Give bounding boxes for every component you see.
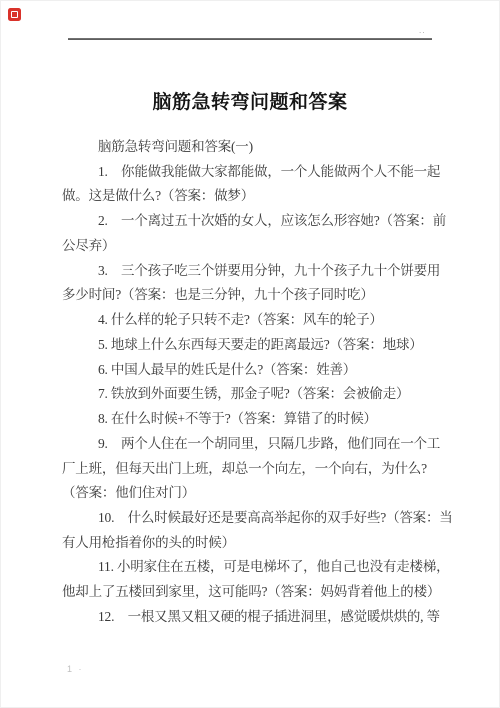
paragraph: 12. 一根又黑又粗又硬的棍子插进洞里，感觉暖烘烘的, 等 [62, 605, 444, 630]
paragraph: 6. 中国人最早的姓氏是什么?（答案：姓善） [62, 358, 444, 383]
paragraph: 2. 一个离过五十次婚的女人，应该怎么形容她?（答案：前公尽弃） [62, 209, 444, 258]
text-line: 7. 铁放到外面要生锈，那金子呢?（答案：会被偷走） [62, 382, 444, 407]
text-line: （答案：他们住对门） [62, 481, 444, 506]
text-line: 6. 中国人最早的姓氏是什么?（答案：姓善） [62, 358, 444, 383]
text-line: 3. 三个孩子吃三个饼要用分钟，九十个孩子九十个饼要用 [62, 259, 444, 284]
header-rule [68, 38, 432, 40]
text-line: 4. 什么样的轮子只转不走?（答案：风车的轮子） [62, 308, 444, 333]
text-line: 10. 什么时候最好还是要高高举起你的双手好些?（答案：当 [62, 506, 444, 531]
paragraph: 脑筋急转弯问题和答案(一) [62, 135, 444, 160]
page-number-mark: 1 · [67, 664, 84, 674]
text-line: 脑筋急转弯问题和答案(一) [62, 135, 444, 160]
page-title: 脑筋急转弯问题和答案 [0, 87, 500, 114]
text-line: 12. 一根又黑又粗又硬的棍子插进洞里，感觉暖烘烘的, 等 [62, 605, 444, 630]
document-page: { "page": { "corner_mark": "..", "foot_m… [0, 0, 500, 708]
text-line: 他却上了五楼回到家里，这可能吗?（答案：妈妈背着他上的楼） [62, 580, 444, 605]
corner-mark: .. [419, 26, 425, 35]
text-line: 做。这是做什么?（答案：做梦） [62, 184, 444, 209]
paragraph: 1. 你能做我能做大家都能做，一个人能做两个人不能一起做。这是做什么?（答案：做… [62, 160, 444, 209]
paragraph: 7. 铁放到外面要生锈，那金子呢?（答案：会被偷走） [62, 382, 444, 407]
text-line: 公尽弃） [62, 234, 444, 259]
text-line: 2. 一个离过五十次婚的女人，应该怎么形容她?（答案：前 [62, 209, 444, 234]
text-line: 厂上班，但每天出门上班，却总一个向左，一个向右，为什么? [62, 457, 444, 482]
text-line: 1. 你能做我能做大家都能做，一个人能做两个人不能一起 [62, 160, 444, 185]
paragraph: 10. 什么时候最好还是要高高举起你的双手好些?（答案：当有人用枪指着你的头的时… [62, 506, 444, 555]
text-line: 有人用枪指着你的头的时候） [62, 531, 444, 556]
paragraph: 4. 什么样的轮子只转不走?（答案：风车的轮子） [62, 308, 444, 333]
paragraph: 11. 小明家住在五楼，可是电梯坏了，他自己也没有走楼梯，他却上了五楼回到家里，… [62, 555, 444, 604]
document-body: 脑筋急转弯问题和答案(一)1. 你能做我能做大家都能做，一个人能做两个人不能一起… [62, 135, 444, 630]
red-badge-icon [8, 8, 21, 21]
paragraph: 8. 在什么时候+不等于?（答案：算错了的时候） [62, 407, 444, 432]
paragraph: 3. 三个孩子吃三个饼要用分钟，九十个孩子九十个饼要用多少时间?（答案：也是三分… [62, 259, 444, 308]
text-line: 多少时间?（答案：也是三分钟，九十个孩子同时吃） [62, 283, 444, 308]
paragraph: 9. 两个人住在一个胡同里，只隔几步路，他们同在一个工厂上班，但每天出门上班，却… [62, 432, 444, 506]
paragraph: 5. 地球上什么东西每天要走的距离最远?（答案：地球） [62, 333, 444, 358]
text-line: 8. 在什么时候+不等于?（答案：算错了的时候） [62, 407, 444, 432]
text-line: 11. 小明家住在五楼，可是电梯坏了，他自己也没有走楼梯， [62, 555, 444, 580]
text-line: 9. 两个人住在一个胡同里，只隔几步路，他们同在一个工 [62, 432, 444, 457]
text-line: 5. 地球上什么东西每天要走的距离最远?（答案：地球） [62, 333, 444, 358]
